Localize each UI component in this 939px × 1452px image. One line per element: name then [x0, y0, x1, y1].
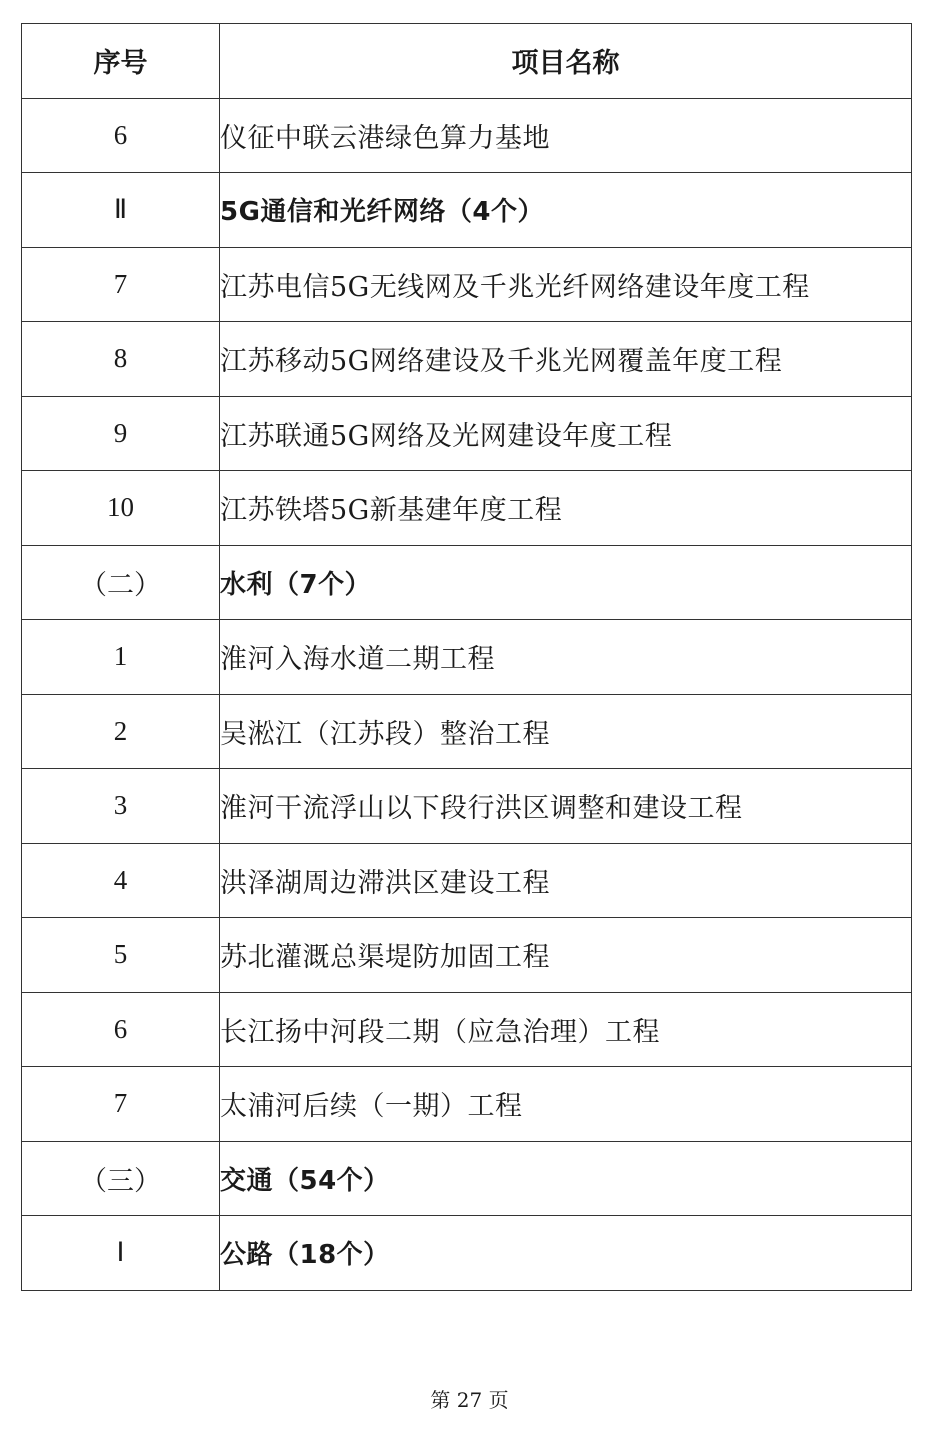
serial-number-cell: （三） — [22, 1141, 220, 1216]
serial-number-cell: 2 — [22, 694, 220, 769]
serial-number-cell: 10 — [22, 471, 220, 546]
table-body: 6仪征中联云港绿色算力基地Ⅱ5G通信和光纤网络（4个）7江苏电信5G无线网及千兆… — [22, 98, 912, 1290]
serial-number-cell: 1 — [22, 620, 220, 695]
serial-number-cell: 6 — [22, 98, 220, 173]
page-number: 第 27 页 — [0, 1384, 939, 1413]
serial-number-cell: （二） — [22, 545, 220, 620]
project-name-cell: 太浦河后续（一期）工程 — [220, 1067, 912, 1142]
table-row: 3淮河干流浮山以下段行洪区调整和建设工程 — [22, 769, 912, 844]
serial-number-cell: 7 — [22, 1067, 220, 1142]
project-name-cell: 5G通信和光纤网络（4个） — [220, 173, 912, 248]
project-name-cell: 长江扬中河段二期（应急治理）工程 — [220, 992, 912, 1067]
table-row: 7江苏电信5G无线网及千兆光纤网络建设年度工程 — [22, 247, 912, 322]
project-name-cell: 江苏铁塔5G新基建年度工程 — [220, 471, 912, 546]
serial-number-cell: 8 — [22, 322, 220, 397]
project-name-cell: 水利（7个） — [220, 545, 912, 620]
table-section-row: Ⅱ5G通信和光纤网络（4个） — [22, 173, 912, 248]
table-row: 6长江扬中河段二期（应急治理）工程 — [22, 992, 912, 1067]
table-row: 2吴淞江（江苏段）整治工程 — [22, 694, 912, 769]
table-row: 4洪泽湖周边滞洪区建设工程 — [22, 843, 912, 918]
document-page: 序号 项目名称 6仪征中联云港绿色算力基地Ⅱ5G通信和光纤网络（4个）7江苏电信… — [0, 0, 939, 1452]
project-name-cell: 江苏联通5G网络及光网建设年度工程 — [220, 396, 912, 471]
table-row: 7太浦河后续（一期）工程 — [22, 1067, 912, 1142]
table-row: 10江苏铁塔5G新基建年度工程 — [22, 471, 912, 546]
serial-number-cell: 4 — [22, 843, 220, 918]
project-name-cell: 苏北灌溉总渠堤防加固工程 — [220, 918, 912, 993]
header-serial-number: 序号 — [22, 24, 220, 99]
serial-number-cell: Ⅱ — [22, 173, 220, 248]
project-name-cell: 交通（54个） — [220, 1141, 912, 1216]
serial-number-cell: 7 — [22, 247, 220, 322]
table-row: 1淮河入海水道二期工程 — [22, 620, 912, 695]
project-name-cell: 吴淞江（江苏段）整治工程 — [220, 694, 912, 769]
table-header-row: 序号 项目名称 — [22, 24, 912, 99]
project-table: 序号 项目名称 6仪征中联云港绿色算力基地Ⅱ5G通信和光纤网络（4个）7江苏电信… — [21, 23, 912, 1291]
header-project-name: 项目名称 — [220, 24, 912, 99]
table-row: 8江苏移动5G网络建设及千兆光网覆盖年度工程 — [22, 322, 912, 397]
project-name-cell: 仪征中联云港绿色算力基地 — [220, 98, 912, 173]
table-section-row: Ⅰ公路（18个） — [22, 1216, 912, 1291]
table-section-row: （二）水利（7个） — [22, 545, 912, 620]
table-row: 9江苏联通5G网络及光网建设年度工程 — [22, 396, 912, 471]
serial-number-cell: 3 — [22, 769, 220, 844]
serial-number-cell: 5 — [22, 918, 220, 993]
project-name-cell: 江苏电信5G无线网及千兆光纤网络建设年度工程 — [220, 247, 912, 322]
project-name-cell: 公路（18个） — [220, 1216, 912, 1291]
project-name-cell: 洪泽湖周边滞洪区建设工程 — [220, 843, 912, 918]
table-section-row: （三）交通（54个） — [22, 1141, 912, 1216]
project-name-cell: 江苏移动5G网络建设及千兆光网覆盖年度工程 — [220, 322, 912, 397]
project-name-cell: 淮河入海水道二期工程 — [220, 620, 912, 695]
table-row: 6仪征中联云港绿色算力基地 — [22, 98, 912, 173]
serial-number-cell: Ⅰ — [22, 1216, 220, 1291]
serial-number-cell: 6 — [22, 992, 220, 1067]
table-row: 5苏北灌溉总渠堤防加固工程 — [22, 918, 912, 993]
serial-number-cell: 9 — [22, 396, 220, 471]
project-name-cell: 淮河干流浮山以下段行洪区调整和建设工程 — [220, 769, 912, 844]
